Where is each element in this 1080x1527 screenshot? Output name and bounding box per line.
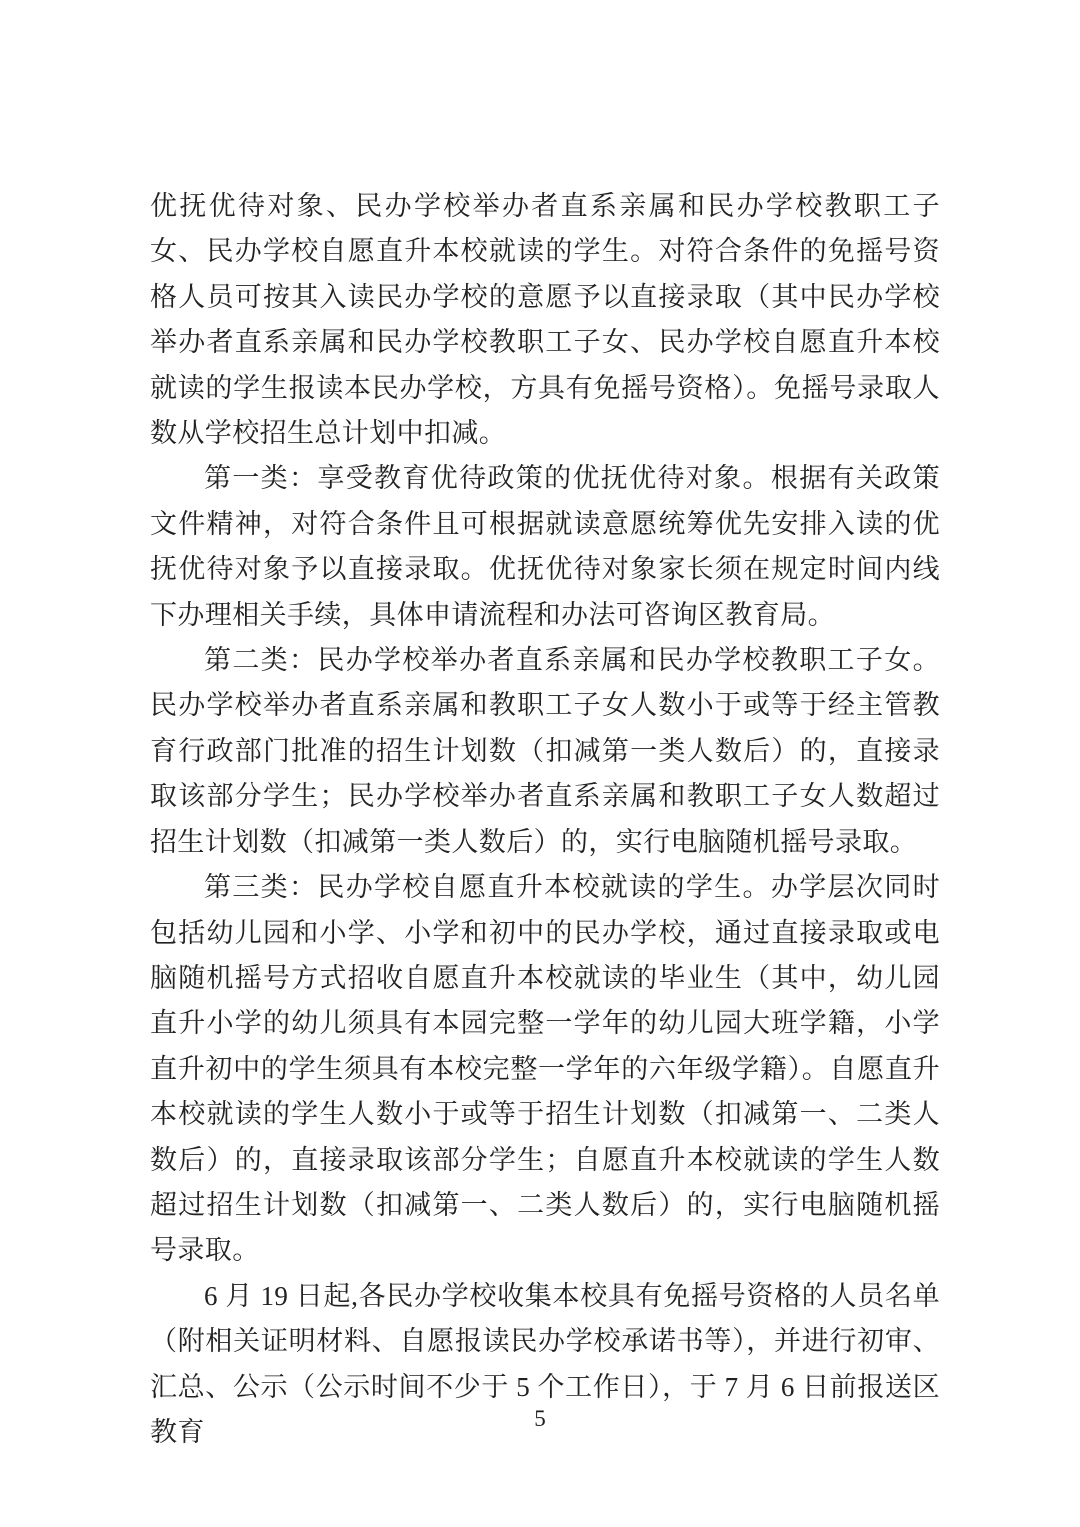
paragraph-category-3: 第三类：民办学校自愿直升本校就读的学生。办学层次同时包括幼儿园和小学、小学和初中… xyxy=(150,865,940,1274)
paragraph-category-2: 第二类：民办学校举办者直系亲属和民办学校教职工子女。民办学校举办者直系亲属和教职… xyxy=(150,638,940,865)
document-page: 优抚优待对象、民办学校举办者直系亲属和民办学校教职工子女、民办学校自愿直升本校就… xyxy=(0,0,1080,1527)
page-number: 5 xyxy=(0,1406,1080,1432)
paragraph-category-1: 第一类：享受教育优待政策的优抚优待对象。根据有关政策文件精神，对符合条件且可根据… xyxy=(150,456,940,638)
document-body: 优抚优待对象、民办学校举办者直系亲属和民办学校教职工子女、民办学校自愿直升本校就… xyxy=(150,184,940,1455)
paragraph-exemption-overview: 优抚优待对象、民办学校举办者直系亲属和民办学校教职工子女、民办学校自愿直升本校就… xyxy=(150,184,940,456)
